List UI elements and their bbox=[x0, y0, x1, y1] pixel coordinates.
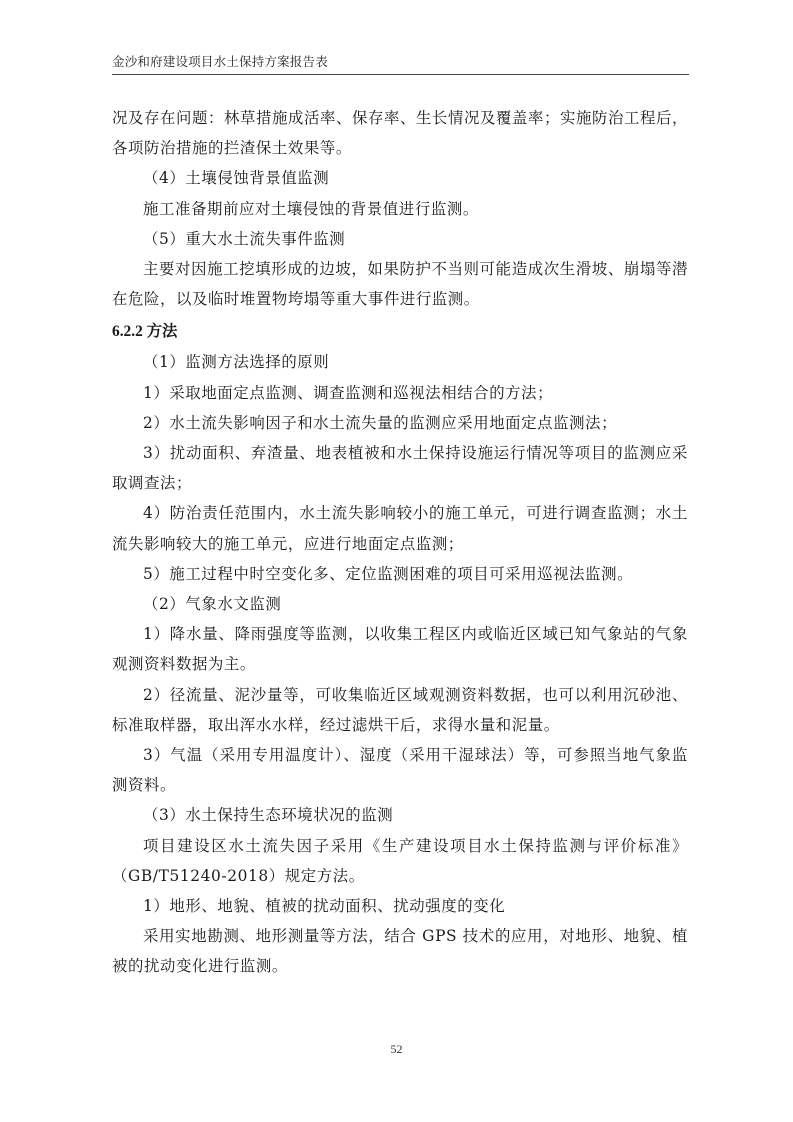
document-body: 况及存在问题：林草措施成活率、保存率、生长情况及覆盖率；实施防治工程后，各项防治… bbox=[112, 103, 688, 982]
list-item: 1）采取地面定点监测、调查监测和巡视法相结合的方法； bbox=[112, 378, 688, 408]
section-title: 方法 bbox=[147, 323, 178, 340]
list-item: 3）扰动面积、弃渣量、地表植被和水土保持设施运行情况等项目的监测应采取调查法； bbox=[112, 438, 688, 498]
list-item: 5）施工过程中时空变化多、定位监测困难的项目可采用巡视法监测。 bbox=[112, 559, 688, 589]
section-heading: 6.2.2 方法 bbox=[112, 317, 688, 347]
list-item: 2）径流量、泥沙量等，可收集临近区域观测资料数据，也可以利用沉砂池、标准取样器，… bbox=[112, 680, 688, 740]
subsection-item-2: （2）气象水文监测 bbox=[112, 589, 688, 619]
paragraph: 主要对因施工挖填形成的边坡，如果防护不当则可能造成次生滑坡、崩塌等潜在危险，以及… bbox=[112, 254, 688, 314]
subsection-item-3: （3）水土保持生态环境状况的监测 bbox=[112, 800, 688, 830]
paragraph: 采用实地勘测、地形测量等方法，结合 GPS 技术的应用，对地形、地貌、植被的扰动… bbox=[112, 921, 688, 981]
paragraph: 项目建设区水土流失因子采用《生产建设项目水土保持监测与评价标准》（GB/T512… bbox=[112, 831, 688, 891]
paragraph-continuation: 况及存在问题：林草措施成活率、保存率、生长情况及覆盖率；实施防治工程后，各项防治… bbox=[112, 103, 688, 163]
page-header: 金沙和府建设项目水土保持方案报告表 bbox=[112, 54, 689, 75]
list-item: 4）防治责任范围内，水土流失影响较小的施工单元，可进行调查监测；水土流失影响较大… bbox=[112, 498, 688, 558]
section-number: 6.2.2 bbox=[112, 323, 143, 340]
subsection-item-4: （4）土壤侵蚀背景值监测 bbox=[112, 163, 688, 193]
list-item: 3）气温（采用专用温度计）、湿度（采用干湿球法）等，可参照当地气象监测资料。 bbox=[112, 740, 688, 800]
paragraph: 施工准备期前应对土壤侵蚀的背景值进行监测。 bbox=[112, 194, 688, 224]
page-number: 52 bbox=[0, 1042, 793, 1057]
list-item: 1）地形、地貌、植被的扰动面积、扰动强度的变化 bbox=[112, 891, 688, 921]
list-item: 1）降水量、降雨强度等监测，以收集工程区内或临近区域已知气象站的气象观测资料数据… bbox=[112, 619, 688, 679]
list-item: 2）水土流失影响因子和水土流失量的监测应采用地面定点监测法； bbox=[112, 408, 688, 438]
document-title: 金沙和府建设项目水土保持方案报告表 bbox=[112, 54, 689, 70]
subsection-item-1: （1）监测方法选择的原则 bbox=[112, 347, 688, 377]
subsection-item-5: （5）重大水土流失事件监测 bbox=[112, 224, 688, 254]
